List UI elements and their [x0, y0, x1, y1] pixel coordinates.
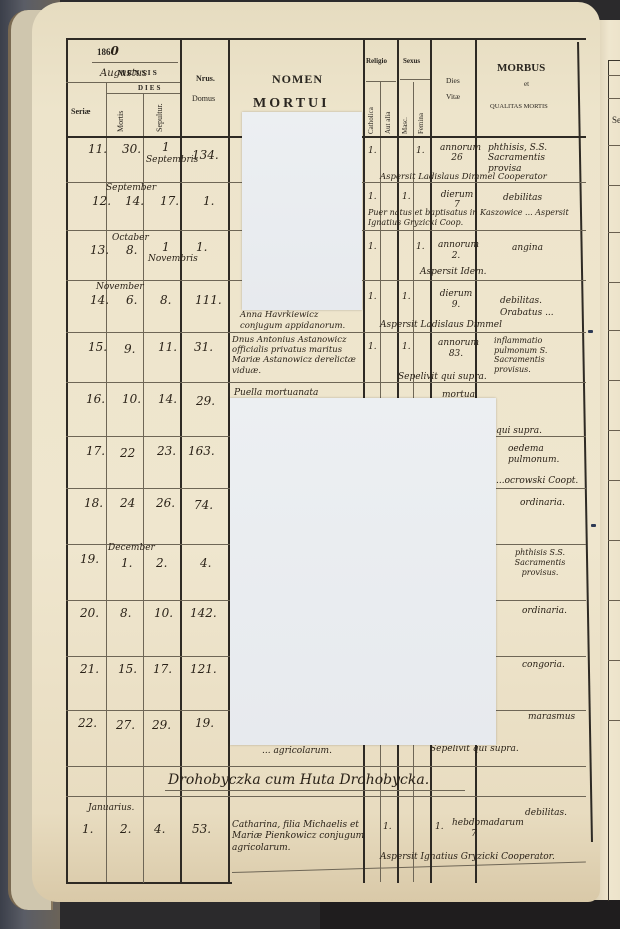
female-mark: 1.	[435, 822, 444, 832]
cause-of-death: phthisis S.S. Sacramentis provisus.	[496, 548, 584, 578]
rule	[608, 282, 620, 283]
sexus-label: Sexus	[403, 57, 420, 65]
series-number: 18.	[84, 496, 103, 510]
age: dierum 9.	[438, 289, 474, 311]
death-day: 1.	[121, 556, 132, 570]
cause-of-death: inflammatio pulmonum S. Sacramentis prov…	[494, 336, 582, 374]
row-line	[66, 332, 586, 333]
row-note: Aspersit Ladislaus Dimmel Cooperator	[380, 172, 547, 182]
morbus-label: MORBUS	[497, 62, 545, 74]
female-mark: 1.	[416, 146, 425, 156]
month-header: December	[108, 543, 155, 553]
catholica-mark: 1.	[368, 192, 377, 202]
year-printed-text: 186	[97, 47, 111, 57]
death-day: 9.	[124, 342, 135, 356]
deceased-name: Catharina, filia Michaelis et Mariæ Pien…	[232, 820, 366, 854]
series-number: 14.	[90, 293, 109, 307]
month-header: September	[106, 183, 156, 193]
row-note: Sepelivit qui supra.	[430, 744, 519, 754]
cause-of-death: ordinaria.	[522, 606, 567, 616]
house-number: 53.	[192, 822, 211, 836]
catholica-mark: 1.	[368, 292, 377, 302]
header-year-line	[92, 62, 178, 63]
catholica-mark: 1.	[368, 242, 377, 252]
aut-alia-label: Aut alia	[384, 112, 392, 134]
burial-day: 1	[162, 240, 170, 254]
male-mark: 1.	[402, 192, 411, 202]
house-number: 29.	[196, 394, 215, 408]
cause-of-death: oedema pulmonum.	[508, 444, 578, 466]
death-day: 15.	[118, 662, 137, 676]
rule	[608, 430, 620, 431]
cause-of-death: phthisis, S.S. Sacramentis provisa	[488, 143, 580, 174]
seriae-label: Seriæ	[71, 107, 91, 116]
house-number: 19.	[195, 716, 214, 730]
rule	[608, 660, 620, 661]
house-number: 1.	[196, 240, 207, 254]
section-title: Drohobyczka cum Huta Drohobycka.	[168, 772, 429, 788]
row-note: Sepelivit qui supra.	[398, 372, 487, 382]
femina-label: Femina	[417, 113, 425, 134]
row-note: Aspersit Ladislaus Dimmel	[380, 320, 502, 330]
series-number: 11.	[88, 142, 107, 156]
house-number: 163.	[188, 444, 215, 458]
cause-of-death: marasmus	[528, 712, 575, 722]
row-note: qui supra.	[496, 426, 542, 436]
row-note: Puer natus et baptisatus in Kaszowice ..…	[368, 208, 583, 227]
masc-label: Masc.	[401, 117, 409, 134]
month-header: November	[96, 282, 144, 292]
religio-label: Religio	[366, 57, 387, 65]
burial-day: 11.	[158, 340, 177, 354]
pin-icon	[588, 330, 593, 333]
age: annorum 26	[440, 144, 474, 164]
cause-of-death: debilitas	[503, 193, 542, 203]
age: annorum 2.	[438, 240, 474, 262]
house-number: 142.	[190, 606, 217, 620]
rule	[608, 380, 620, 381]
header-religio-line	[366, 81, 396, 82]
burial-day: 8.	[160, 293, 171, 307]
death-day: 8.	[120, 606, 131, 620]
mortui-label: MORTUI	[253, 96, 330, 112]
series-number: 16.	[86, 392, 105, 406]
catholica-mark: 1.	[368, 146, 377, 156]
row-note: Aspersit Ignatius Gryzicki Cooperator.	[380, 852, 555, 862]
rule	[608, 480, 620, 481]
table-bottom-border	[66, 882, 232, 884]
right-page-header-fragment: Se	[612, 115, 620, 125]
year-handwritten: 0	[111, 44, 119, 58]
burial-day: 10.	[154, 606, 173, 620]
rule	[608, 98, 620, 99]
burial-day: 17.	[153, 662, 172, 676]
rule	[608, 185, 620, 186]
row-note: ...ocrowski Coopt.	[496, 476, 578, 486]
burial-day: 26.	[156, 496, 175, 510]
catholica-label: Catholica	[367, 107, 375, 134]
col-line-sepultur	[180, 40, 182, 883]
rule	[608, 75, 620, 76]
house-number: 1.	[203, 194, 214, 208]
rule	[608, 232, 620, 233]
table-left-border	[66, 38, 68, 883]
pin-icon	[591, 524, 596, 527]
death-day: 8.	[126, 243, 137, 257]
year-printed: 1860	[97, 44, 119, 58]
house-number: 134.	[192, 148, 219, 162]
house-number: 31.	[194, 340, 213, 354]
death-day: 22	[120, 446, 135, 460]
cause-of-death: debilitas.	[525, 808, 567, 818]
series-number: 12.	[92, 194, 111, 208]
death-day: 24	[120, 496, 135, 510]
cause-of-death: angina	[512, 243, 543, 253]
cause-of-death: debilitas. Orabatus ...	[500, 296, 582, 319]
deceased-name: Puella mortuanata	[234, 388, 318, 398]
redaction-mask	[242, 112, 362, 310]
burial-day: 4.	[154, 822, 165, 836]
header-dies-line	[106, 93, 180, 94]
male-mark: 1.	[402, 292, 411, 302]
nomen-label: NOMEN	[272, 72, 323, 87]
dies-vitae-label-1: Dies	[446, 76, 460, 85]
series-number: 19.	[80, 552, 99, 566]
series-number: 17.	[86, 444, 105, 458]
house-number: 74.	[194, 498, 213, 512]
redaction-mask	[230, 398, 496, 745]
row-line	[66, 382, 586, 383]
dies-vitae-label-2: Vitæ	[446, 92, 460, 101]
sepultur-label: Sepultur.	[155, 103, 164, 132]
house-number: 121.	[190, 662, 217, 676]
cause-of-death: ordinaria.	[520, 498, 565, 508]
domus-label: Domus	[192, 94, 215, 103]
male-mark: 1.	[402, 342, 411, 352]
deceased-name: Anna Havrkiewicz conjugum appidanorum.	[240, 310, 362, 331]
death-day: 2.	[120, 822, 131, 836]
nrus-label: Nrus.	[196, 74, 215, 83]
rule	[608, 600, 620, 601]
death-day: 6.	[126, 293, 137, 307]
series-number: 13.	[90, 243, 109, 257]
row-line	[66, 796, 586, 797]
rule	[608, 720, 620, 721]
death-day: 30.	[122, 142, 141, 156]
rule	[608, 330, 620, 331]
burial-day: 29.	[152, 718, 171, 732]
series-number: 22.	[78, 716, 97, 730]
dies-label: DIES	[138, 84, 162, 92]
section-title-underline	[165, 790, 465, 791]
qualitas-label: QUALITAS MORTIS	[490, 103, 548, 110]
row-note: Aspersit Idem.	[420, 267, 487, 277]
burial-day: 17.	[160, 194, 179, 208]
burial-day: 23.	[157, 444, 176, 458]
death-day: 27.	[116, 718, 135, 732]
mensis-value: Augustus	[100, 68, 147, 79]
death-day: 10.	[122, 392, 141, 406]
burial-month-note: Septembris	[146, 155, 198, 165]
month-header: Octaber	[112, 233, 149, 243]
age: hebdomadarum 7	[452, 818, 496, 840]
catholica-mark: 1.	[383, 822, 392, 832]
burial-day: 2.	[156, 556, 167, 570]
series-number: 21.	[80, 662, 99, 676]
header-sexus-line	[400, 79, 430, 80]
female-mark: 1.	[416, 242, 425, 252]
house-number: 111.	[195, 293, 222, 307]
burial-day: 14.	[158, 392, 177, 406]
row-line	[66, 766, 586, 767]
mortis-label: Mortis	[116, 111, 125, 132]
cause-of-death: congoria.	[522, 660, 565, 670]
house-number: 4.	[200, 556, 211, 570]
et-label: et	[524, 80, 529, 88]
burial-month-note: Novembris	[148, 254, 198, 264]
death-day: 14.	[125, 194, 144, 208]
catholica-mark: 1.	[368, 342, 377, 352]
series-number: 15.	[88, 340, 107, 354]
rule	[608, 540, 620, 541]
series-number: 20.	[80, 606, 99, 620]
month-header: Januarius.	[88, 803, 134, 813]
age: annorum 83.	[438, 338, 474, 360]
rule	[608, 145, 620, 146]
deceased-name: Dnus Antonius Astanowicz officialis priv…	[232, 335, 362, 376]
header-mensis-line	[66, 82, 180, 83]
table-top-border	[66, 38, 586, 40]
burial-day: 1	[162, 140, 170, 154]
series-number: 1.	[82, 822, 93, 836]
deceased-name: ... agricolarum.	[262, 746, 332, 756]
